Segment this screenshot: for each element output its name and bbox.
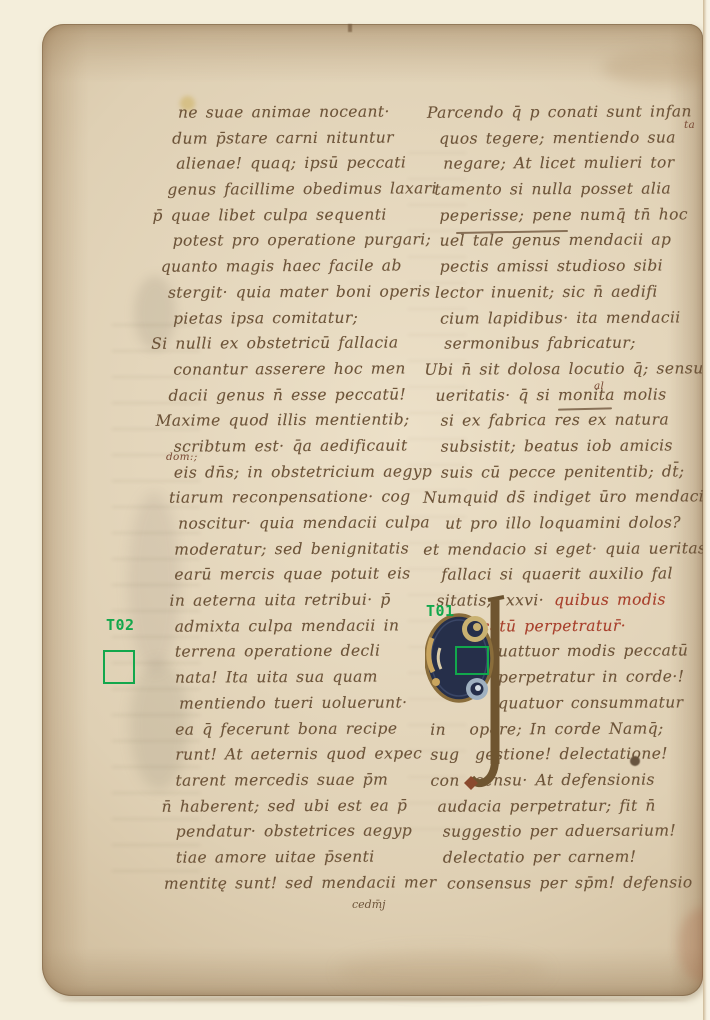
text-line: fallaci si quaerit auxilio fal <box>441 562 709 589</box>
target-label-t01: T01 <box>426 602 455 620</box>
text-line: tiae amore uitae p̄senti <box>176 844 440 871</box>
text-line: tamento si nulla posset alia <box>434 176 707 203</box>
target-box-t01[interactable] <box>455 646 489 675</box>
text-line: dum p̄stare carni nituntur <box>172 125 436 152</box>
text-line: delectatio per carnem! <box>443 844 710 871</box>
text-line: quos tegere; mentiendo sua <box>439 125 707 152</box>
text-line: consensus per sp̄m! defensio <box>447 870 710 897</box>
text-line: genus facillime obedimus laxari <box>167 176 436 203</box>
text-line: lector inuenit; sic n̄ aedifi <box>435 279 708 306</box>
line-end-correction: cedm̄j <box>352 898 386 911</box>
text-line: eis dn̄s; in obstetricium aegyp <box>174 459 438 486</box>
photo-background: ne suae animae noceant· dum p̄stare carn… <box>0 0 710 1020</box>
text-line: pendatur· obstetrices aegyp <box>176 819 440 846</box>
page-edge-notch <box>348 24 352 32</box>
adjacent-leaf-edge <box>703 0 710 1020</box>
text-line: uattuor modis peccatū <box>498 639 710 666</box>
text-line: peperisse; pene numq̄ tn̄ hoc <box>439 202 707 229</box>
text-line: stergit· quia mater boni operis <box>168 279 437 306</box>
interlinear-gloss: al <box>594 380 604 392</box>
text-line: tarent mercedis suae p̄m <box>175 767 439 794</box>
text-line: dacii genus n̄ esse peccatū! <box>168 382 437 409</box>
target-label-t02: T02 <box>106 616 135 634</box>
text-line: ut pro illo loquamini dolos? <box>445 510 709 537</box>
text-line: terrena operatione decli <box>175 639 439 666</box>
text-line: earū mercis quae potuit eis <box>174 562 438 589</box>
text-line: conantur asserere hoc men <box>173 356 437 383</box>
text-line: perpetratur in corde·! <box>498 664 710 691</box>
text-line: ne suae animae noceant· <box>178 99 436 126</box>
text-line: Ubi n̄ sit dolosa locutio q̄; sensus <box>424 356 708 383</box>
text-line: mentitę sunt! sed mendacii mer <box>164 870 440 897</box>
text-line: alienae! quaq; ipsū peccati <box>176 151 436 178</box>
text-line: pietas ipsa comitatur; <box>173 305 437 332</box>
interlinear-gloss: dom:; <box>166 451 198 463</box>
text-line: scribtum est· q̄a aedificauit <box>174 433 438 460</box>
text-line: si ex fabrica res ex natura <box>441 408 709 435</box>
text-line: runt! At aeternis quod expec <box>175 741 439 768</box>
text-line: cium lapidibus· ita mendacii <box>440 305 708 332</box>
text-line: n̄ haberent; sed ubi est ea p̄ <box>162 793 440 820</box>
left-text-column: ne suae animae noceant· dum p̄stare carn… <box>164 99 440 897</box>
text-line: negare; At licet mulieri tor <box>443 151 707 178</box>
text-line: ea q̄ fecerunt bona recipe <box>175 716 439 743</box>
text-line: Si nulli ex obstetricū fallacia <box>151 330 437 357</box>
text-line: nata! Ita uita sua quam <box>175 664 439 691</box>
illuminated-initial-icon <box>425 592 510 807</box>
text-line: suggestio per aduersarium! <box>443 819 710 846</box>
text-line: pectis amissi studioso sibi <box>440 253 708 280</box>
text-line: p̄ quae libet culpa sequenti <box>152 202 436 229</box>
text-line: et mendacio si eget· quia ueritas <box>423 536 709 563</box>
text-line: in aeterna uita retribui· p̄ <box>169 587 438 614</box>
text-line: sermonibus fabricatur; <box>444 330 708 357</box>
text-line: mentiendo tueri uoluerunt· <box>179 690 439 717</box>
text-line: noscitur· quia mendacii culpa <box>178 510 438 537</box>
text-line: quatuor consummatur <box>498 690 710 717</box>
text-line: quanto magis haec facile ab <box>161 253 437 280</box>
text-line: potest pro operatione purgari; <box>173 228 437 255</box>
text-line: Parcendo q̄ p conati sunt infan <box>427 99 707 126</box>
text-line: Maxime quod illis mentientib; <box>156 408 438 435</box>
rubric-text: quibus modis <box>554 588 666 614</box>
text-line: suis cū pecce penitentib; dt̄; <box>441 459 709 486</box>
target-box-t02[interactable] <box>103 650 135 684</box>
stain <box>602 50 710 86</box>
stain <box>338 950 548 992</box>
page-bottom-shadow <box>58 998 688 1003</box>
text-line: tiarum reconpensatione· cog <box>169 485 438 512</box>
interlinear-gloss: ta <box>684 119 695 131</box>
text-line: Numquid ds̄ indiget ūro mendacio! <box>423 485 709 512</box>
text-line: subsistit; beatus iob amicis <box>441 433 709 460</box>
text-line: ueritatis· q̄ si monita molis <box>435 382 708 409</box>
text-line: moderatur; sed benignitatis <box>174 536 438 563</box>
text-line: admixta culpa mendacii in <box>175 613 439 640</box>
